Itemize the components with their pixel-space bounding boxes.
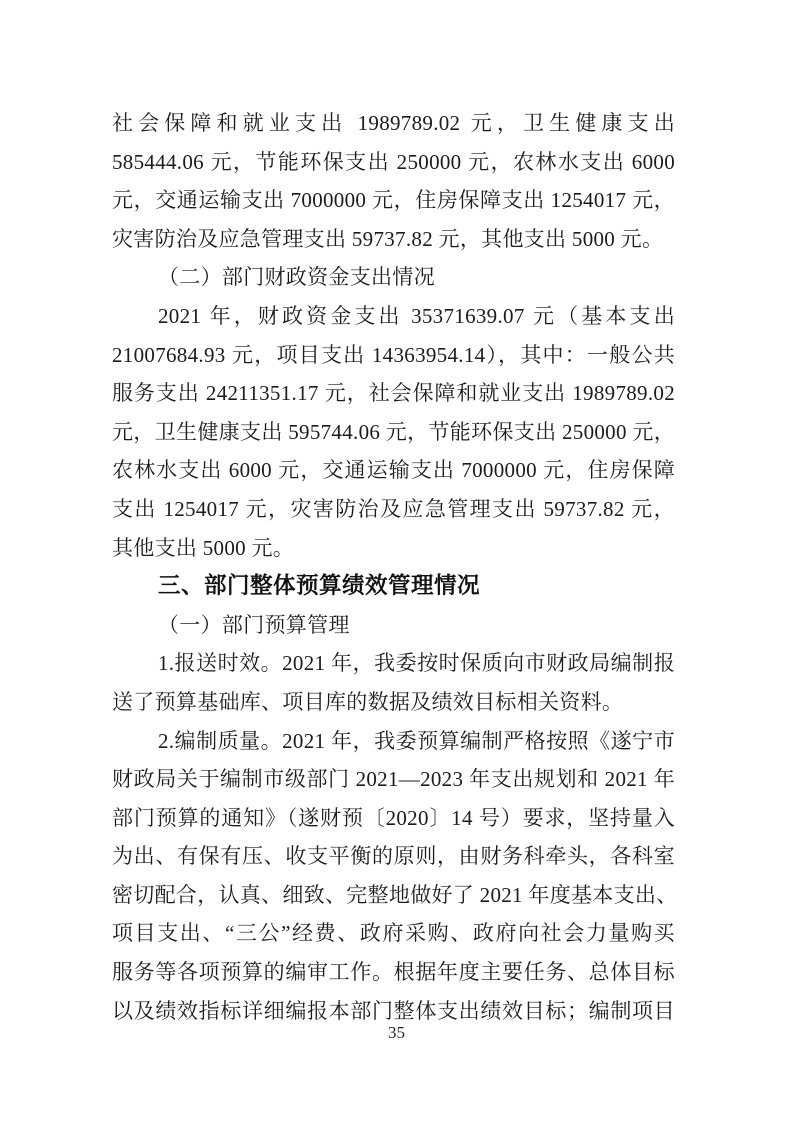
text-line: 部门预算的通知》（遂财预〔2020〕14 号）要求，坚持量入 <box>112 799 675 838</box>
text-line: 农林水支出 6000 元，交通运输支出 7000000 元，住房保障 <box>112 451 675 490</box>
document-text-block: 社会保障和就业支出 1989789.02 元，卫生健康支出 585444.06 … <box>112 104 675 1030</box>
text-line: 服务等各项预算的编审工作。根据年度主要任务、总体目标 <box>112 953 675 992</box>
section-heading: 三、部门整体预算绩效管理情况 <box>112 567 675 606</box>
text-line: 服务支出 24211351.17 元，社会保障和就业支出 1989789.02 <box>112 374 675 413</box>
text-line: 密切配合，认真、细致、完整地做好了 2021 年度基本支出、 <box>112 876 675 915</box>
text-line: 585444.06 元，节能环保支出 250000 元，农林水支出 6000 <box>112 143 675 182</box>
subsection-heading: （二）部门财政资金支出情况 <box>112 258 675 297</box>
text-line: 项目支出、“三公”经费、政府采购、政府向社会力量购买 <box>112 914 675 953</box>
text-line: 社会保障和就业支出 1989789.02 元，卫生健康支出 <box>112 104 675 143</box>
text-line: 元，卫生健康支出 595744.06 元，节能环保支出 250000 元， <box>112 413 675 452</box>
page-number: 35 <box>0 1018 793 1048</box>
document-page: 社会保障和就业支出 1989789.02 元，卫生健康支出 585444.06 … <box>0 0 793 1122</box>
text-line: 元，交通运输支出 7000000 元，住房保障支出 1254017 元， <box>112 181 675 220</box>
text-line: 灾害防治及应急管理支出 59737.82 元，其他支出 5000 元。 <box>112 220 675 259</box>
text-line: 送了预算基础库、项目库的数据及绩效目标相关资料。 <box>112 683 675 722</box>
text-line: 其他支出 5000 元。 <box>112 529 675 568</box>
text-line: 2021 年，财政资金支出 35371639.07 元（基本支出 <box>112 297 675 336</box>
text-line: 支出 1254017 元，灾害防治及应急管理支出 59737.82 元， <box>112 490 675 529</box>
text-line: 2.编制质量。2021 年，我委预算编制严格按照《遂宁市 <box>112 722 675 761</box>
text-line: 为出、有保有压、收支平衡的原则，由财务科牵头，各科室 <box>112 837 675 876</box>
text-line: 财政局关于编制市级部门 2021—2023 年支出规划和 2021 年 <box>112 760 675 799</box>
text-line: 1.报送时效。2021 年，我委按时保质向市财政局编制报 <box>112 644 675 683</box>
subsection-heading: （一）部门预算管理 <box>112 606 675 645</box>
text-line: 21007684.93 元，项目支出 14363954.14），其中：一般公共 <box>112 336 675 375</box>
